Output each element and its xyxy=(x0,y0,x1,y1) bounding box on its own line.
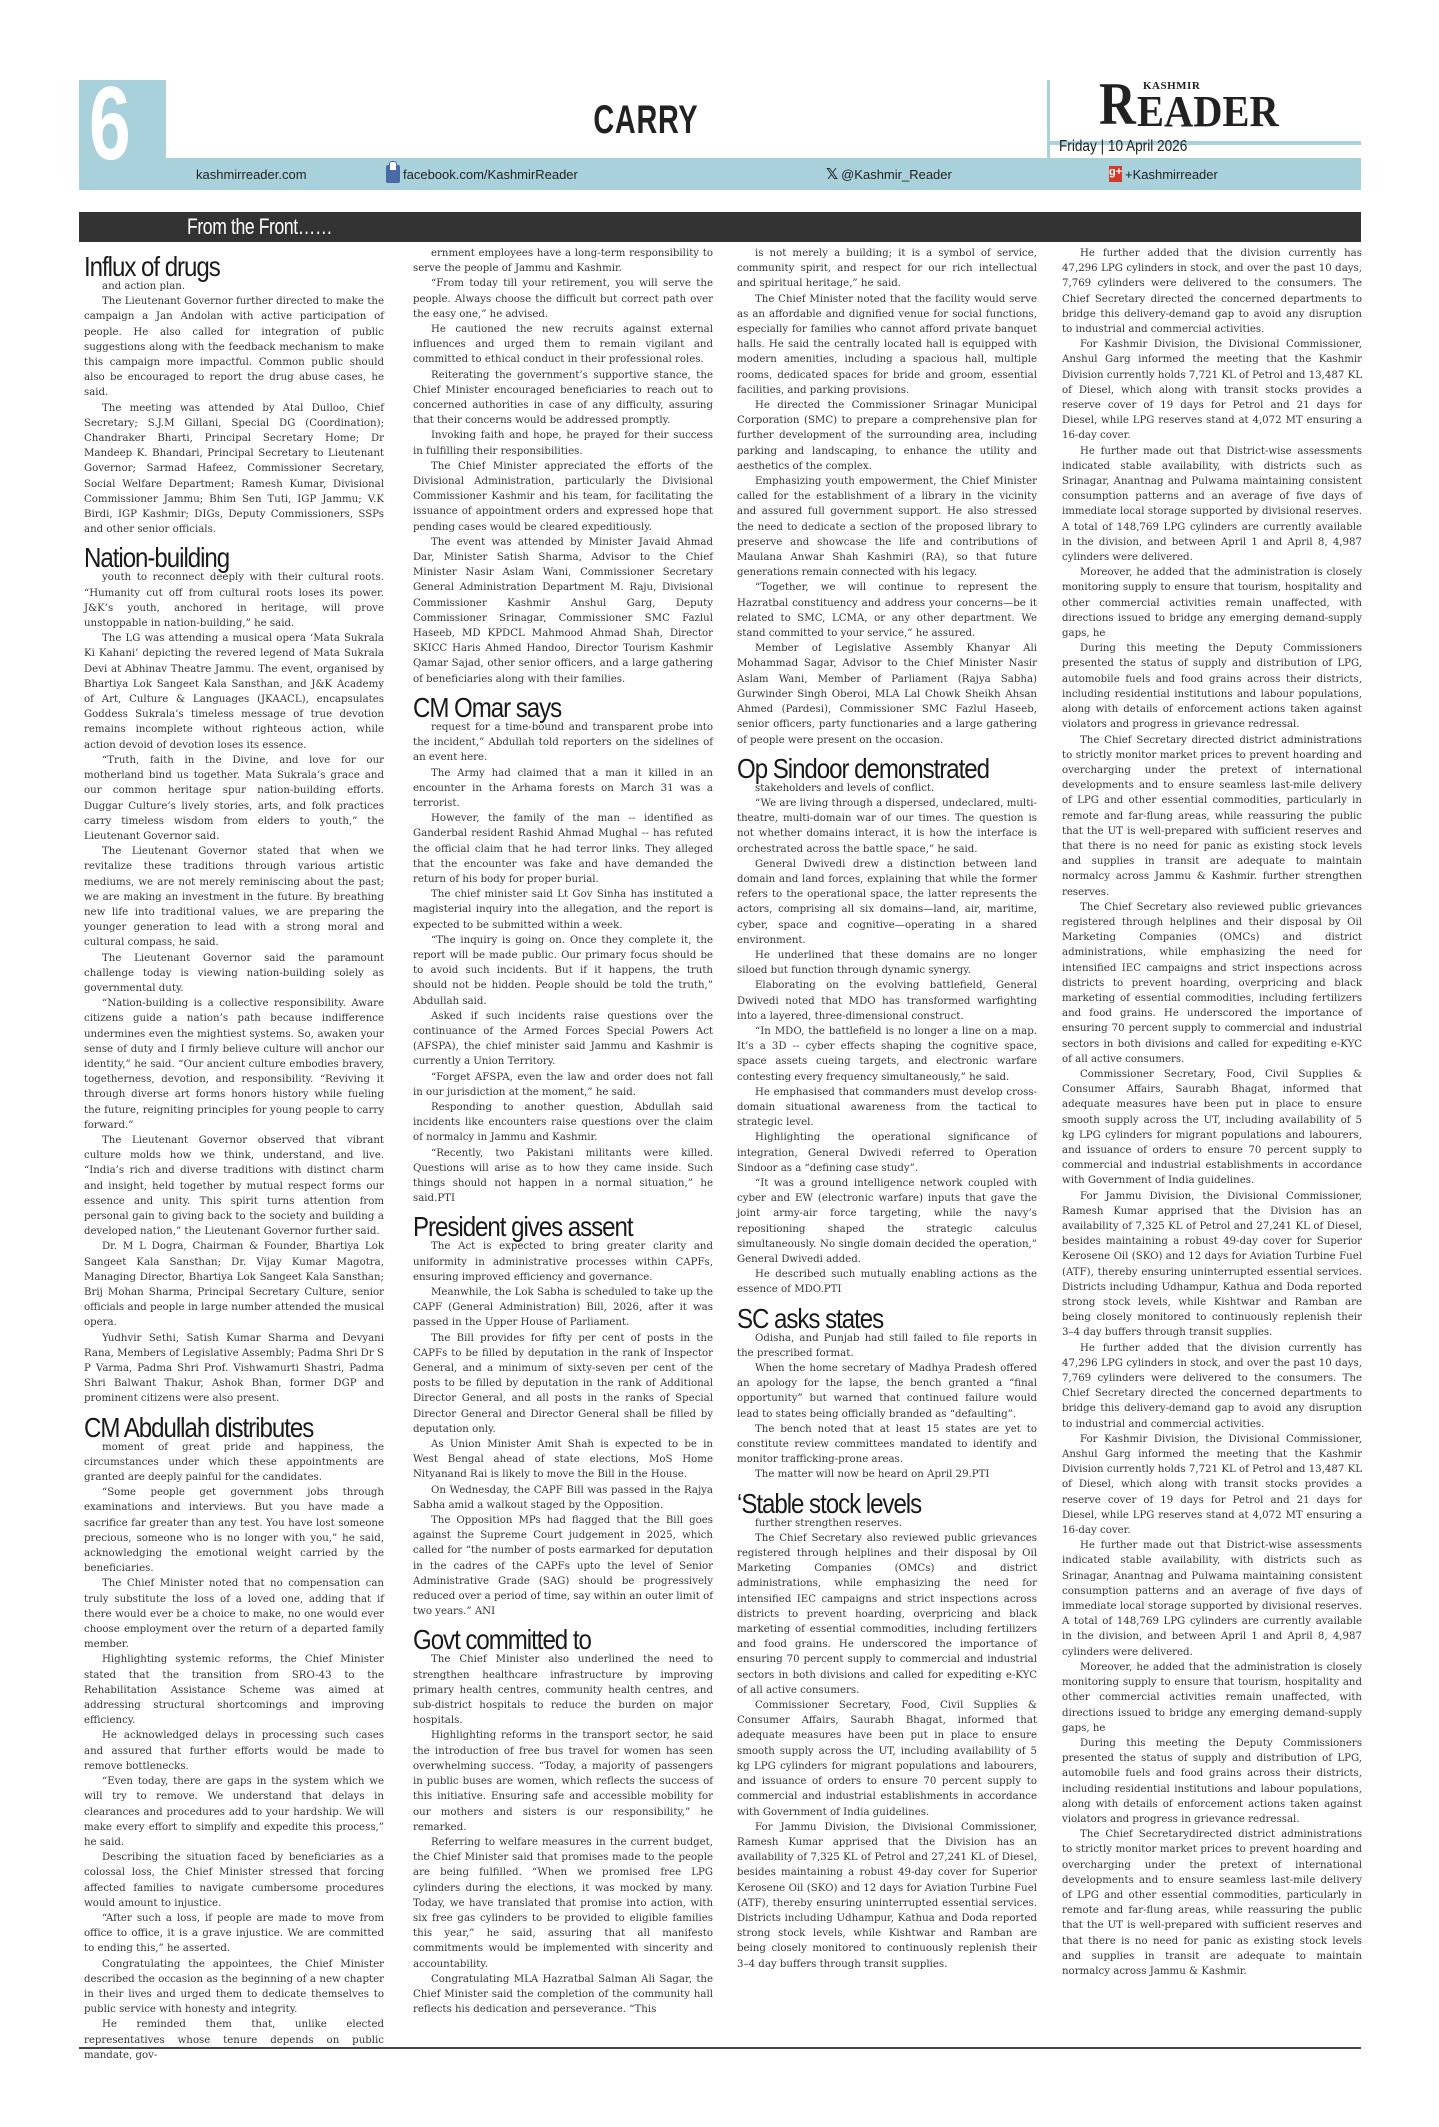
article-paragraph: Emphasizing youth empowerment, the Chief… xyxy=(737,474,1037,580)
article-paragraph: Moreover, he added that the administrati… xyxy=(1062,565,1362,641)
article-paragraph: For Kashmir Division, the Divisional Com… xyxy=(1062,337,1362,443)
article-paragraph: Invoking faith and hope, he prayed for t… xyxy=(413,428,713,458)
x-icon: 𝕏 xyxy=(826,165,838,183)
article-paragraph: The Chief Minister appreciated the effor… xyxy=(413,459,713,535)
article-paragraph: Commissioner Secretary, Food, Civil Supp… xyxy=(1062,1067,1362,1189)
article-paragraph: “In MDO, the battlefield is no longer a … xyxy=(737,1024,1037,1085)
article-paragraph: request for a time-bound and transparent… xyxy=(413,720,713,766)
article-columns: Influx of drugsand action plan.The Lieut… xyxy=(84,246,1364,2046)
article-paragraph: youth to reconnect deeply with their cul… xyxy=(84,570,384,631)
article-paragraph: On Wednesday, the CAPF Bill was passed i… xyxy=(413,1483,713,1513)
article-paragraph: Responding to another question, Abdullah… xyxy=(413,1100,713,1146)
column-3: is not merely a building; it is a symbol… xyxy=(737,246,1037,1972)
article-paragraph: The Chief Secretary directed district ad… xyxy=(1062,733,1362,900)
article-headline[interactable]: Influx of drugs xyxy=(84,252,342,282)
column-4: He further added that the division curre… xyxy=(1062,246,1362,1979)
article-paragraph: However, the family of the man -- identi… xyxy=(413,811,713,887)
article-paragraph: “After such a loss, if people are made t… xyxy=(84,1911,384,1957)
article-headline[interactable]: SC asks states xyxy=(737,1304,995,1334)
facebook-link[interactable]: facebook.com/KashmirReader xyxy=(386,158,578,190)
article-paragraph: Elaborating on the evolving battlefield,… xyxy=(737,978,1037,1024)
article-paragraph: The Act is expected to bring greater cla… xyxy=(413,1239,713,1285)
logo-initial: R xyxy=(1099,74,1136,134)
article-paragraph: He underlined that these domains are no … xyxy=(737,948,1037,978)
article-paragraph: General Dwivedi drew a distinction betwe… xyxy=(737,857,1037,948)
article-paragraph: The Bill provides for fifty per cent of … xyxy=(413,1331,713,1437)
section-title: CARRY xyxy=(166,80,1126,160)
article-headline[interactable]: Op Sindoor demonstrated xyxy=(737,754,995,784)
article-paragraph: “It was a ground intelligence network co… xyxy=(737,1176,1037,1267)
article-paragraph: The Opposition MPs had flagged that the … xyxy=(413,1513,713,1619)
article-paragraph: As Union Minister Amit Shah is expected … xyxy=(413,1437,713,1483)
article-paragraph: The chief minister said Lt Gov Sinha has… xyxy=(413,887,713,933)
twitter-label: @Kashmir_Reader xyxy=(841,167,952,182)
page-bottom-rule xyxy=(79,2047,1361,2049)
article-paragraph: “Forget AFSPA, even the law and order do… xyxy=(413,1070,713,1100)
article-paragraph: ernment employees have a long-term respo… xyxy=(413,246,713,276)
article-paragraph: “From today till your retirement, you wi… xyxy=(413,276,713,322)
article-paragraph: The Chief Minister noted that no compens… xyxy=(84,1576,384,1652)
article-paragraph: He reminded them that, unlike elected re… xyxy=(84,2017,384,2063)
article-paragraph: During this meeting the Deputy Commissio… xyxy=(1062,1736,1362,1827)
article-paragraph: is not merely a building; it is a symbol… xyxy=(737,246,1037,292)
social-bar: kashmirreader.com facebook.com/KashmirRe… xyxy=(166,158,1361,190)
facebook-like-icon xyxy=(386,165,400,183)
article-paragraph: “Recently, two Pakistani militants were … xyxy=(413,1146,713,1207)
google-plus-link[interactable]: g+ +Kashmirreader xyxy=(1109,158,1218,190)
page-number-box: 6 xyxy=(79,80,166,190)
article-paragraph: Highlighting the operational significanc… xyxy=(737,1130,1037,1176)
article-paragraph: Asked if such incidents raise questions … xyxy=(413,1009,713,1070)
article-paragraph: He cautioned the new recruits against ex… xyxy=(413,322,713,368)
article-paragraph: Commissioner Secretary, Food, Civil Supp… xyxy=(737,1698,1037,1820)
article-paragraph: The matter will now be heard on April 29… xyxy=(737,1467,1037,1482)
google-plus-label: +Kashmirreader xyxy=(1125,167,1218,182)
article-paragraph: He directed the Commissioner Srinagar Mu… xyxy=(737,398,1037,474)
issue-date: Friday | 10 April 2026 xyxy=(1059,136,1187,158)
article-paragraph: The Lieutenant Governor said the paramou… xyxy=(84,951,384,997)
column-2: ernment employees have a long-term respo… xyxy=(413,246,713,2017)
article-headline[interactable]: CM Abdullah distributes xyxy=(84,1413,342,1443)
article-paragraph: Highlighting reforms in the transport se… xyxy=(413,1728,713,1834)
article-paragraph: Reiterating the government’s supportive … xyxy=(413,368,713,429)
from-the-front-bar: From the Front…… xyxy=(79,212,1361,242)
article-paragraph: Yudhvir Sethi, Satish Kumar Sharma and D… xyxy=(84,1331,384,1407)
article-headline[interactable]: CM Omar says xyxy=(413,693,671,723)
logo-rest: EADER xyxy=(1137,90,1279,134)
column-1: Influx of drugsand action plan.The Lieut… xyxy=(84,246,384,2063)
article-paragraph: The Chief Minister also underlined the n… xyxy=(413,1652,713,1728)
article-paragraph: He further added that the division curre… xyxy=(1062,246,1362,337)
article-paragraph: “Even today, there are gaps in the syste… xyxy=(84,1774,384,1850)
page-number: 6 xyxy=(89,72,128,176)
article-paragraph: When the home secretary of Madhya Prades… xyxy=(737,1361,1037,1422)
article-paragraph: The event was attended by Minister Javai… xyxy=(413,535,713,687)
article-paragraph: Describing the situation faced by benefi… xyxy=(84,1850,384,1911)
article-headline[interactable]: Govt committed to xyxy=(413,1625,671,1655)
article-paragraph: “The inquiry is going on. Once they comp… xyxy=(413,933,713,1009)
website-label: kashmirreader.com xyxy=(196,167,307,182)
article-paragraph: Meanwhile, the Lok Sabha is scheduled to… xyxy=(413,1285,713,1331)
article-paragraph: For Jammu Division, the Divisional Commi… xyxy=(1062,1189,1362,1341)
article-paragraph: “Together, we will continue to represent… xyxy=(737,580,1037,641)
article-paragraph: Congratulating the appointees, the Chief… xyxy=(84,1957,384,2018)
twitter-link[interactable]: 𝕏 @Kashmir_Reader xyxy=(826,158,952,190)
article-paragraph: He emphasised that commanders must devel… xyxy=(737,1085,1037,1131)
article-headline[interactable]: President gives assent xyxy=(413,1212,671,1242)
article-paragraph: The Lieutenant Governor further directed… xyxy=(84,294,384,400)
article-paragraph: “Truth, faith in the Divine, and love fo… xyxy=(84,753,384,844)
article-paragraph: For Kashmir Division, the Divisional Com… xyxy=(1062,1432,1362,1538)
newspaper-logo[interactable]: R KASHMIR EADER xyxy=(1079,74,1361,130)
article-paragraph: The meeting was attended by Atal Dulloo,… xyxy=(84,401,384,538)
masthead-divider xyxy=(1047,80,1050,158)
article-paragraph: The Chief Secretarydirected district adm… xyxy=(1062,1827,1362,1979)
article-paragraph: The bench noted that at least 15 states … xyxy=(737,1422,1037,1468)
article-paragraph: He further made out that District-wise a… xyxy=(1062,1538,1362,1660)
article-paragraph: The Lieutenant Governor stated that when… xyxy=(84,844,384,950)
website-link[interactable]: kashmirreader.com xyxy=(196,158,307,190)
from-the-front-label: From the Front…… xyxy=(187,212,332,242)
article-paragraph: He acknowledged delays in processing suc… xyxy=(84,1728,384,1774)
article-paragraph: During this meeting the Deputy Commissio… xyxy=(1062,641,1362,732)
section-title-text: CARRY xyxy=(594,98,699,143)
facebook-label: facebook.com/KashmirReader xyxy=(403,167,578,182)
article-paragraph: “We are living through a dispersed, unde… xyxy=(737,796,1037,857)
article-paragraph: The Lieutenant Governor observed that vi… xyxy=(84,1133,384,1239)
article-paragraph: “Some people get government jobs through… xyxy=(84,1485,384,1576)
article-paragraph: The Chief Secretary also reviewed public… xyxy=(737,1531,1037,1698)
masthead: 6 CARRY R KASHMIR EADER Friday | 10 Apri… xyxy=(79,80,1361,190)
article-paragraph: “Nation-building is a collective respons… xyxy=(84,996,384,1133)
article-paragraph: He further added that the division curre… xyxy=(1062,1341,1362,1432)
article-paragraph: Congratulating MLA Hazratbal Salman Ali … xyxy=(413,1972,713,2018)
article-paragraph: moment of great pride and happiness, the… xyxy=(84,1440,384,1486)
article-paragraph: He further made out that District-wise a… xyxy=(1062,444,1362,566)
article-paragraph: Odisha, and Punjab had still failed to f… xyxy=(737,1331,1037,1361)
article-paragraph: Dr. M L Dogra, Chairman & Founder, Bhart… xyxy=(84,1239,384,1330)
article-headline[interactable]: Nation-building xyxy=(84,543,342,573)
article-paragraph: The Chief Minister noted that the facili… xyxy=(737,292,1037,398)
article-paragraph: The LG was attending a musical opera ‘Ma… xyxy=(84,631,384,753)
article-paragraph: The Chief Secretary also reviewed public… xyxy=(1062,900,1362,1067)
article-paragraph: Highlighting systemic reforms, the Chief… xyxy=(84,1652,384,1728)
article-paragraph: The Army had claimed that a man it kille… xyxy=(413,766,713,812)
article-paragraph: Referring to welfare measures in the cur… xyxy=(413,1835,713,1972)
article-paragraph: For Jammu Division, the Divisional Commi… xyxy=(737,1820,1037,1972)
article-paragraph: Moreover, he added that the administrati… xyxy=(1062,1660,1362,1736)
article-paragraph: He described such mutually enabling acti… xyxy=(737,1267,1037,1297)
article-paragraph: Member of Legislative Assembly Khanyar A… xyxy=(737,641,1037,747)
google-plus-icon: g+ xyxy=(1109,166,1122,182)
article-headline[interactable]: ‘Stable stock levels xyxy=(737,1489,995,1519)
